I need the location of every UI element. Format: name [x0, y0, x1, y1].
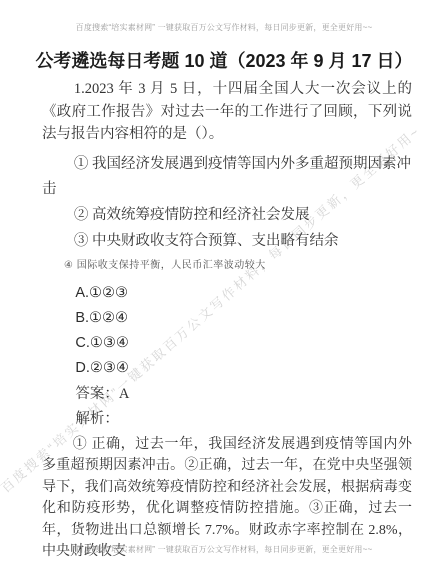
options-list: A.①②③ B.①②④ C.①③④ D.②③④: [42, 281, 412, 381]
footer-note: 百度搜索“培实素材网” 一键获取百万公文写作材料，每日同步更新，更全更好用~~: [0, 544, 448, 555]
statement-4: ④ 国际收支保持平衡，人民币汇率波动较大: [42, 257, 412, 275]
statement-3: ③ 中央财政收支符合预算、支出略有结余: [42, 229, 412, 254]
analysis-label: 解析：: [42, 407, 412, 432]
document-page: 百度搜索“培实素材网”一键获取百万公文写作材料，每日同步更新，更全更好用~ 百度…: [0, 0, 448, 580]
answer-line: 答案：A: [42, 382, 412, 407]
header-note: 百度搜索“培实素材网” 一键获取百万公文写作材料，每日同步更新，更全更好用~~: [0, 22, 448, 33]
question-block: 1.2023 年 3 月 5 日，十四届全国人大一次会议上的《政府工作报告》对过…: [0, 72, 448, 563]
statement-1: ① 我国经济发展遇到疫情等国内外多重超预期因素冲击: [42, 152, 412, 202]
page-title: 公考遴选每日考题 10 道（2023 年 9 月 17 日）: [0, 0, 448, 72]
option-d: D.②③④: [42, 356, 412, 381]
option-b: B.①②④: [42, 306, 412, 331]
option-c: C.①③④: [42, 331, 412, 356]
question-stem: 1.2023 年 3 月 5 日，十四届全国人大一次会议上的《政府工作报告》对过…: [42, 78, 412, 146]
option-a: A.①②③: [42, 281, 412, 306]
statement-2: ② 高效统筹疫情防控和经济社会发展: [42, 203, 412, 228]
